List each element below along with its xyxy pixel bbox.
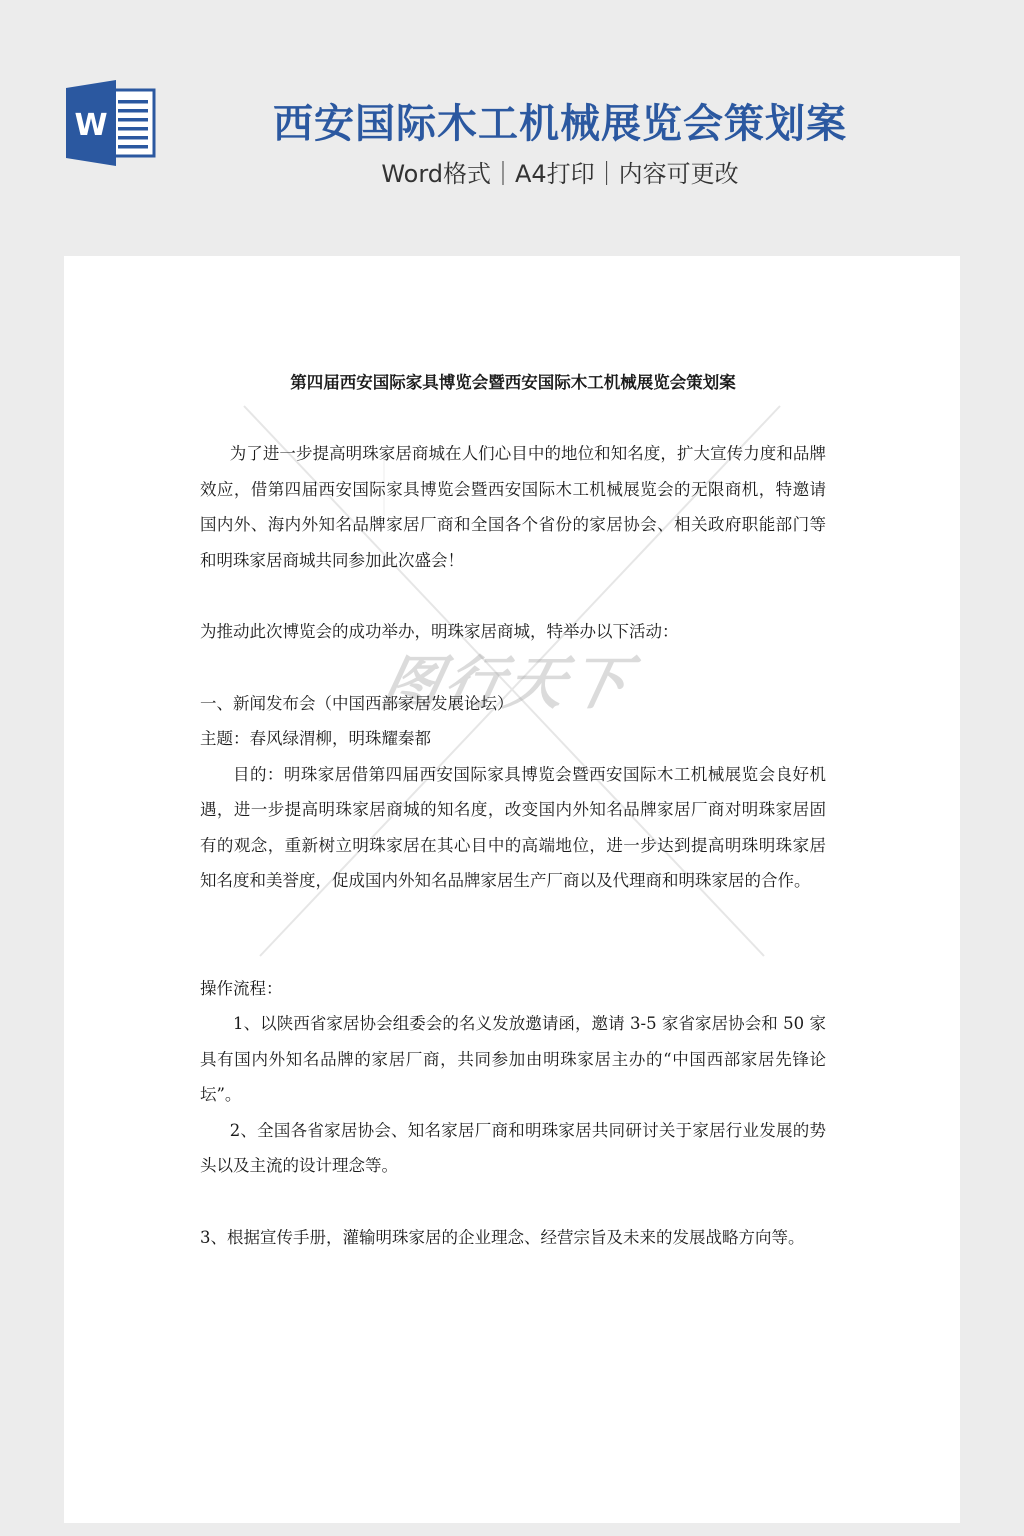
intro-paragraph: 为了进一步提高明珠家居商城在人们心目中的地位和知名度，扩大宣传力度和品牌效应，借… (200, 436, 826, 578)
banner-subtitle: Word格式｜A4打印｜内容可更改 (250, 154, 870, 189)
process-step-3: 3、根据宣传手册，灌输明珠家居的企业理念、经营宗旨及未来的发展战略方向等。 (200, 1220, 826, 1256)
section1-heading: 一、新闻发布会（中国西部家居发展论坛） (200, 686, 826, 722)
word-document-icon: W (64, 80, 158, 166)
banner-header: W 西安国际木工机械展览会策划案 Word格式｜A4打印｜内容可更改 (0, 0, 1024, 256)
banner-title: 西安国际木工机械展览会策划案 (250, 92, 870, 149)
svg-text:W: W (74, 108, 107, 143)
activities-intro: 为推动此次博览会的成功举办，明珠家居商城，特举办以下活动： (200, 614, 826, 650)
process-step-1: 1、以陕西省家居协会组委会的名义发放邀请函，邀请 3-5 家省家居协会和 50 … (200, 1006, 826, 1113)
section1-theme: 主题：春风绿渭柳，明珠耀秦都 (200, 721, 826, 757)
section1-purpose: 目的：明珠家居借第四届西安国际家具博览会暨西安国际木工机械展览会良好机遇，进一步… (200, 757, 826, 899)
document-body: 第四届西安国际家具博览会暨西安国际木工机械展览会策划案 为了进一步提高明珠家居商… (200, 368, 826, 1255)
process-heading: 操作流程： (200, 971, 826, 1007)
document-page: 图行天下 第四届西安国际家具博览会暨西安国际木工机械展览会策划案 为了进一步提高… (64, 256, 960, 1523)
process-step-2: 2、全国各省家居协会、知名家居厂商和明珠家居共同研讨关于家居行业发展的势头以及主… (200, 1113, 826, 1184)
document-title: 第四届西安国际家具博览会暨西安国际木工机械展览会策划案 (200, 368, 826, 398)
